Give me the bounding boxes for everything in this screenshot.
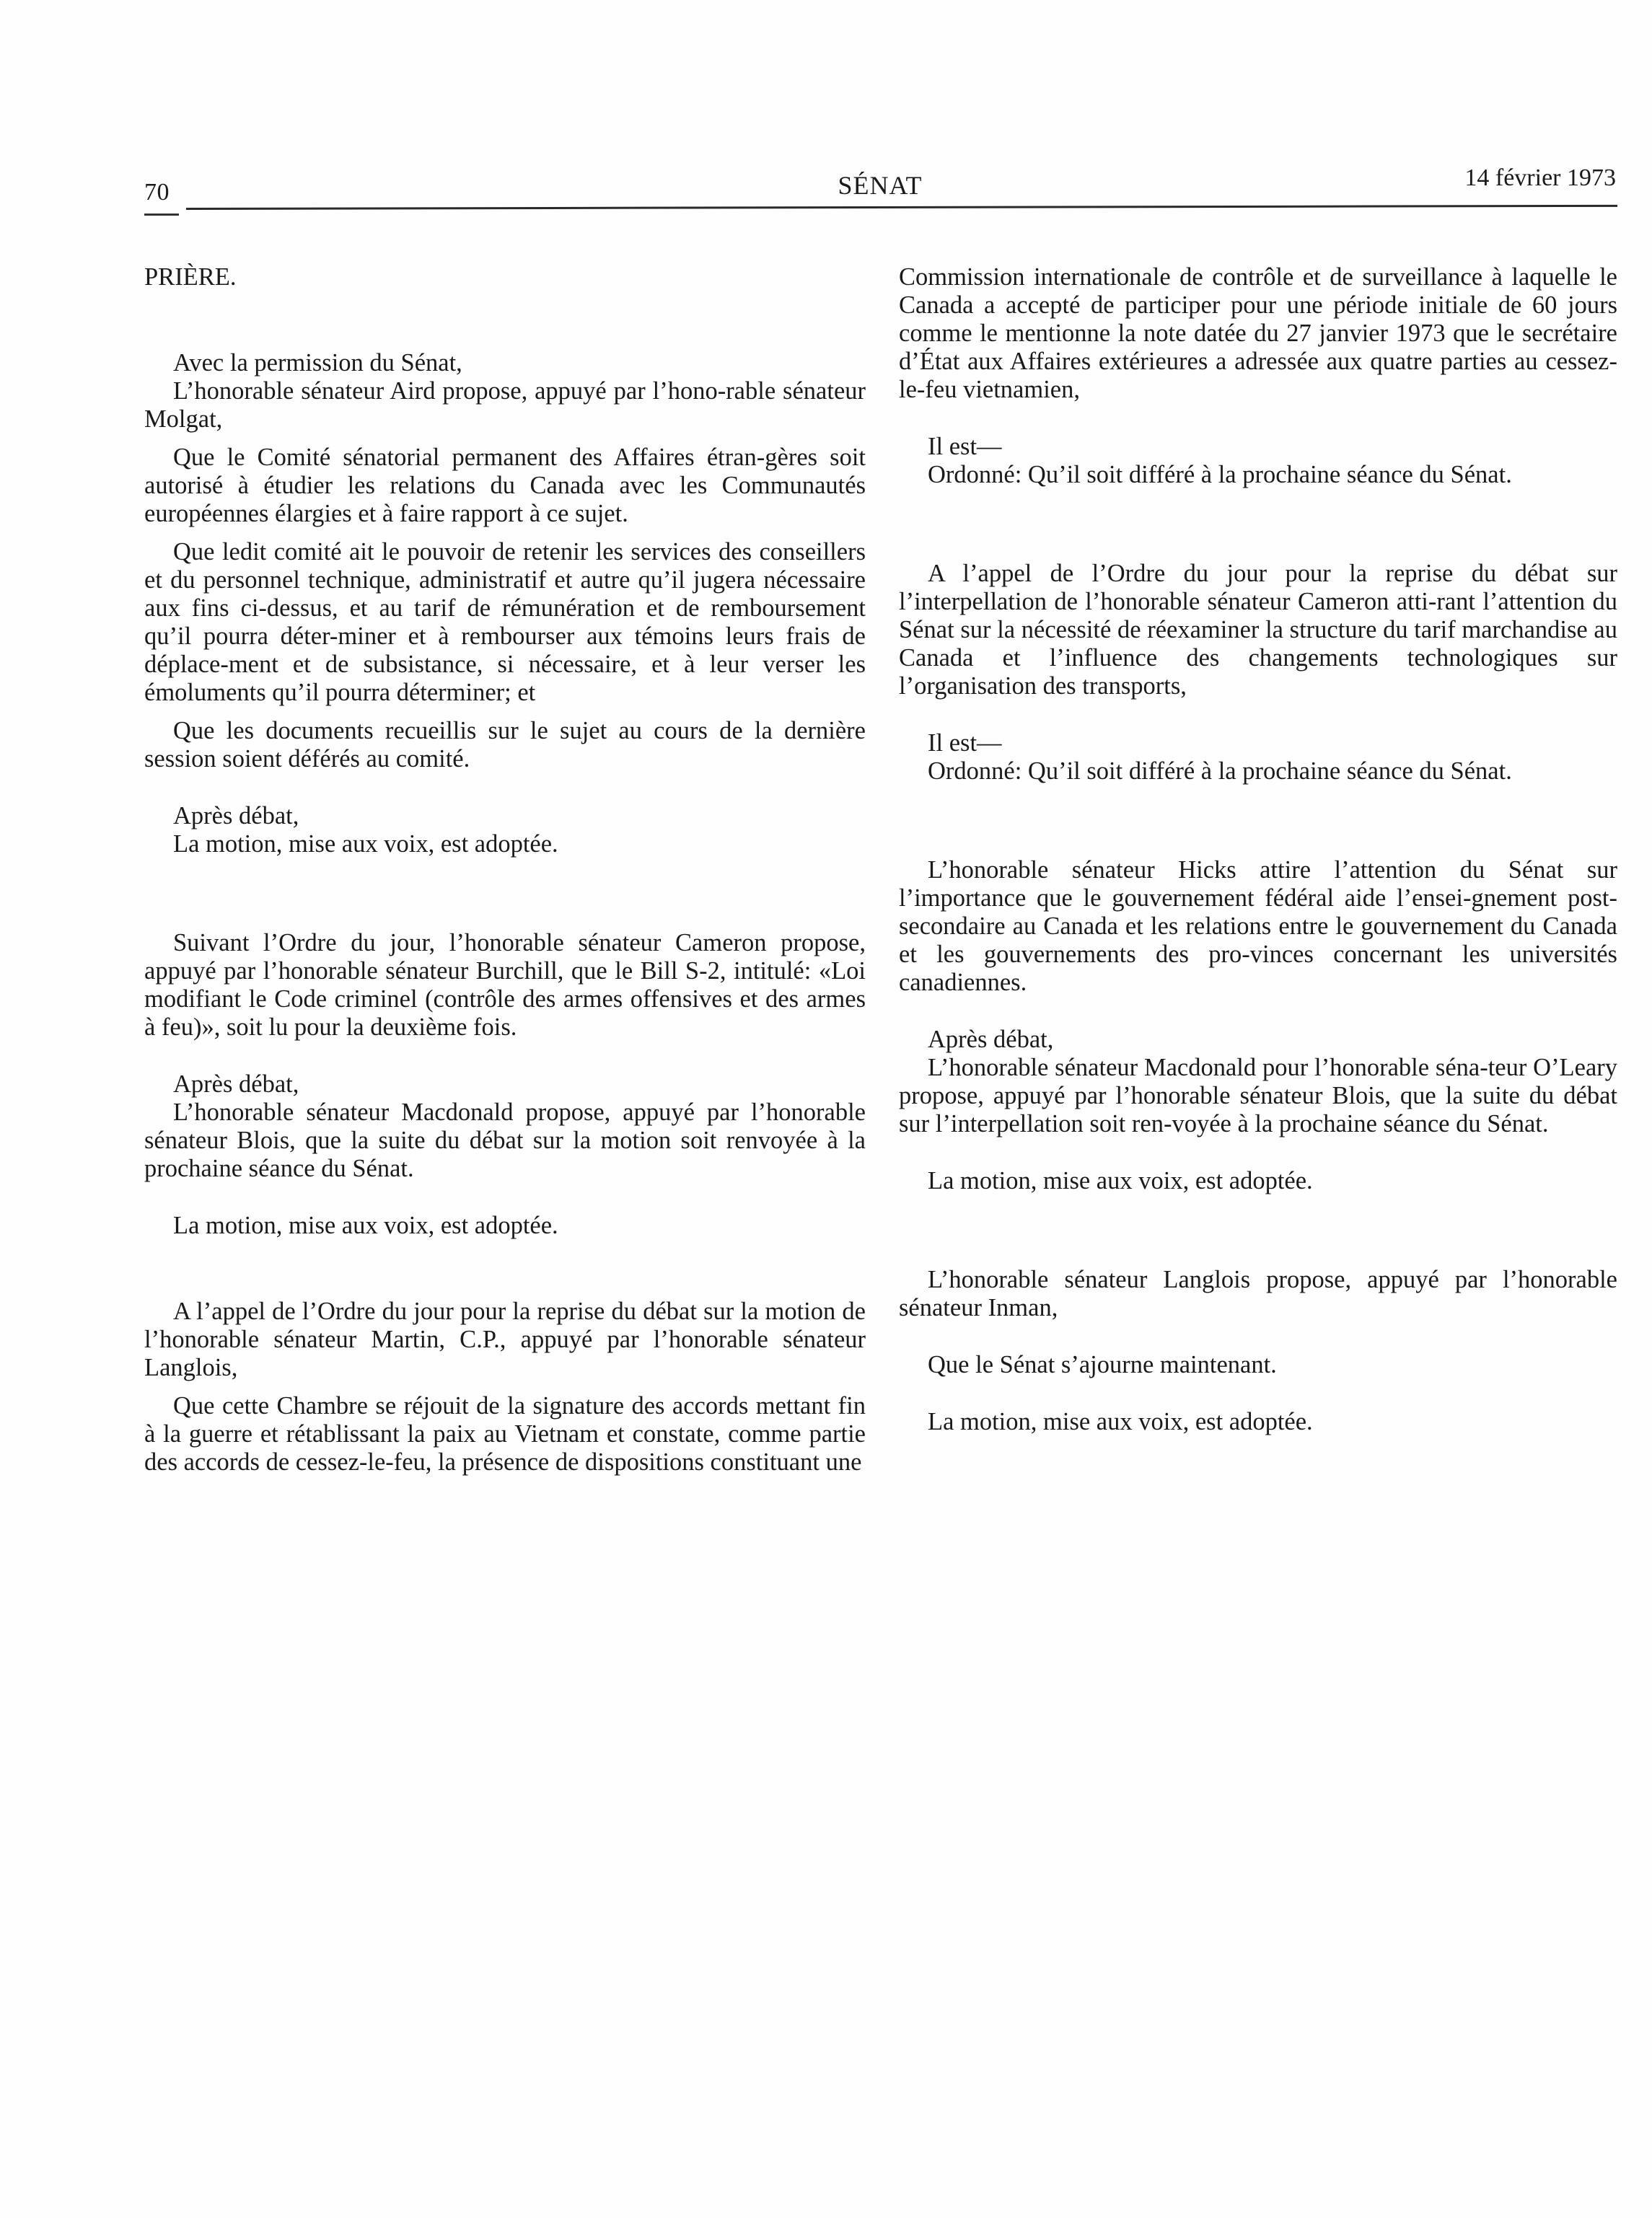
spacer (899, 997, 1617, 1026)
page-header: 70 SÉNAT 14 février 1973 (144, 164, 1616, 208)
paragraph: Que les documents recueillis sur le suje… (144, 717, 866, 773)
paragraph: L’honorable sénateur Aird propose, appuy… (144, 377, 866, 434)
paragraph: La motion, mise aux voix, est adoptée. (144, 830, 866, 858)
paragraph: La motion, mise aux voix, est adoptée. (144, 1212, 866, 1240)
spacer (899, 1322, 1617, 1351)
spacer (899, 1195, 1617, 1266)
spacer (144, 1042, 866, 1070)
spacer (144, 528, 866, 538)
page-number-underline (144, 214, 179, 216)
spacer (899, 1138, 1617, 1167)
paragraph: L’honorable sénateur Macdonald propose, … (144, 1099, 866, 1183)
paragraph: Que le Sénat s’ajourne maintenant. (899, 1351, 1617, 1379)
section-bill-s2: Suivant l’Ordre du jour, l’honorable sén… (144, 929, 866, 1240)
paragraph: Il est— (899, 433, 1617, 461)
section-cameron-interpellation: A l’appel de l’Ordre du jour pour la rep… (899, 560, 1617, 785)
spacer (899, 489, 1617, 560)
section-commission-continued: Commission internationale de contrôle et… (899, 263, 1617, 489)
paragraph: Commission internationale de contrôle et… (899, 263, 1617, 404)
paragraph: La motion, mise aux voix, est adoptée. (899, 1408, 1617, 1436)
priere-heading: PRIÈRE. (144, 263, 866, 291)
spacer (899, 404, 1617, 433)
spacer (144, 434, 866, 444)
spacer (144, 1382, 866, 1392)
spacer (144, 707, 866, 717)
page-title: SÉNAT (144, 170, 1616, 201)
paragraph: Ordonné: Qu’il soit différé à la prochai… (899, 757, 1617, 785)
paragraph: A l’appel de l’Ordre du jour pour la rep… (899, 560, 1617, 700)
spacer (144, 1240, 866, 1298)
paragraph: L’honorable sénateur Langlois propose, a… (899, 1266, 1617, 1322)
paragraph: Suivant l’Ordre du jour, l’honorable sén… (144, 929, 866, 1042)
page-date: 14 février 1973 (1464, 164, 1616, 192)
paragraph: L’honorable sénateur Macdonald pour l’ho… (899, 1054, 1617, 1138)
section-hicks-interpellation: L’honorable sénateur Hicks attire l’atte… (899, 856, 1617, 1195)
spacer (144, 1183, 866, 1212)
spacer (899, 700, 1617, 729)
spacer (899, 785, 1617, 856)
paragraph: Avec la permission du Sénat, (144, 349, 866, 377)
section-martin-motion: A l’appel de l’Ordre du jour pour la rep… (144, 1298, 866, 1477)
paragraph: L’honorable sénateur Hicks attire l’atte… (899, 856, 1617, 997)
paragraph: Ordonné: Qu’il soit différé à la prochai… (899, 461, 1617, 489)
right-column: Commission internationale de contrôle et… (899, 263, 1617, 1436)
section-aird-motion: Avec la permission du Sénat, L’honorable… (144, 349, 866, 858)
paragraph: A l’appel de l’Ordre du jour pour la rep… (144, 1298, 866, 1382)
spacer (144, 773, 866, 802)
paragraph: Que le Comité sénatorial permanent des A… (144, 444, 866, 528)
paragraph: Il est— (899, 729, 1617, 757)
spacer (899, 1379, 1617, 1408)
paragraph: Que cette Chambre se réjouit de la signa… (144, 1392, 866, 1477)
document-page: 70 SÉNAT 14 février 1973 PRIÈRE. Avec la… (0, 0, 1652, 2218)
spacer (144, 858, 866, 929)
left-column: PRIÈRE. Avec la permission du Sénat, L’h… (144, 263, 866, 1477)
paragraph: Après débat, (144, 1070, 866, 1099)
paragraph: Que ledit comité ait le pouvoir de reten… (144, 538, 866, 707)
paragraph: Après débat, (144, 802, 866, 830)
spacer (144, 291, 866, 349)
header-rule (186, 205, 1617, 210)
section-adjournment: L’honorable sénateur Langlois propose, a… (899, 1266, 1617, 1436)
paragraph: Après débat, (899, 1026, 1617, 1054)
paragraph: La motion, mise aux voix, est adoptée. (899, 1167, 1617, 1195)
